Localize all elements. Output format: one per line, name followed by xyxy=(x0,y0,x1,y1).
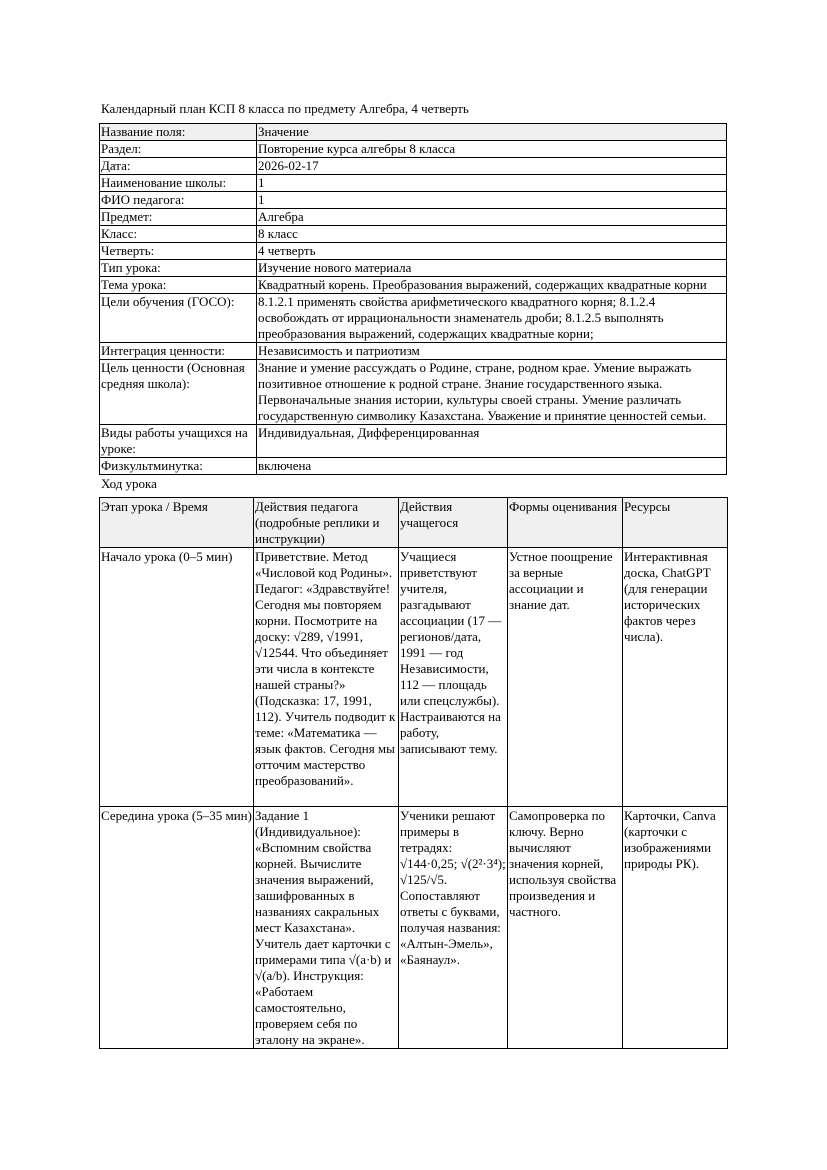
field-value: Индивидуальная, Дифференцированная xyxy=(257,425,727,458)
field-header: Название поля: xyxy=(100,124,257,141)
field-label: Дата: xyxy=(100,158,257,175)
field-label: Интеграция ценности: xyxy=(100,343,257,360)
field-value: Повторение курса алгебры 8 класса xyxy=(257,141,727,158)
field-value: Независимость и патриотизм xyxy=(257,343,727,360)
field-value: 2026-02-17 xyxy=(257,158,727,175)
info-table-header: Название поля: Значение xyxy=(100,124,727,141)
field-value: Изучение нового материала xyxy=(257,260,727,277)
info-row-value-integration: Интеграция ценности: Независимость и пат… xyxy=(100,343,727,360)
info-row-quarter: Четверть: 4 четверть xyxy=(100,243,727,260)
info-row-teacher: ФИО педагога: 1 xyxy=(100,192,727,209)
document-title: Календарный план КСП 8 класса по предмет… xyxy=(101,101,727,117)
assessment-cell: Устное поощрение за верные ассоциации и … xyxy=(508,548,623,807)
resources-cell: Интерактивная доска, ChatGPT (для генера… xyxy=(623,548,728,807)
field-label: Тема урока: xyxy=(100,277,257,294)
info-row-physical-break: Физкультминутка: включена xyxy=(100,458,727,475)
column-header-teacher: Действия педагога (подробные реплики и и… xyxy=(254,498,399,548)
info-row-grade: Класс: 8 класс xyxy=(100,226,727,243)
info-row-work-types: Виды работы учащихся на уроке: Индивидуа… xyxy=(100,425,727,458)
field-label: Цели обучения (ГОСО): xyxy=(100,294,257,343)
info-row-date: Дата: 2026-02-17 xyxy=(100,158,727,175)
teacher-actions-cell: Задание 1 (Индивидуальное): «Вспомним св… xyxy=(254,807,399,1049)
student-actions-cell: Ученики решают примеры в тетрадях: √144·… xyxy=(399,807,508,1049)
field-label: Предмет: xyxy=(100,209,257,226)
field-value: 1 xyxy=(257,175,727,192)
column-header-resources: Ресурсы xyxy=(623,498,728,548)
field-value: 4 четверть xyxy=(257,243,727,260)
assessment-cell: Самопроверка по ключу. Верно вычисляют з… xyxy=(508,807,623,1049)
info-row-objectives: Цели обучения (ГОСО): 8.1.2.1 применять … xyxy=(100,294,727,343)
info-table: Название поля: Значение Раздел: Повторен… xyxy=(99,123,727,475)
field-value: 8.1.2.1 применять свойства арифметическо… xyxy=(257,294,727,343)
column-header-stage: Этап урока / Время xyxy=(100,498,254,548)
field-label: Цель ценности (Основная средняя школа): xyxy=(100,360,257,425)
field-label: Класс: xyxy=(100,226,257,243)
field-value: Квадратный корень. Преобразования выраже… xyxy=(257,277,727,294)
field-value: включена xyxy=(257,458,727,475)
field-label: ФИО педагога: xyxy=(100,192,257,209)
document-page: Календарный план КСП 8 класса по предмет… xyxy=(99,101,727,1049)
field-label: Физкультминутка: xyxy=(100,458,257,475)
info-row-topic: Тема урока: Квадратный корень. Преобразо… xyxy=(100,277,727,294)
field-label: Наименование школы: xyxy=(100,175,257,192)
student-actions-cell: Учащиеся приветствуют учителя, разгадыва… xyxy=(399,548,508,807)
table-row: Середина урока (5–35 мин) Задание 1 (Инд… xyxy=(100,807,728,1049)
info-row-school: Наименование школы: 1 xyxy=(100,175,727,192)
resources-cell: Карточки, Canva (карточки с изображениям… xyxy=(623,807,728,1049)
field-value: Алгебра xyxy=(257,209,727,226)
field-value: 1 xyxy=(257,192,727,209)
info-row-section: Раздел: Повторение курса алгебры 8 класс… xyxy=(100,141,727,158)
value-header: Значение xyxy=(257,124,727,141)
table-row: Начало урока (0–5 мин) Приветствие. Мето… xyxy=(100,548,728,807)
field-value: 8 класс xyxy=(257,226,727,243)
field-label: Виды работы учащихся на уроке: xyxy=(100,425,257,458)
info-row-subject: Предмет: Алгебра xyxy=(100,209,727,226)
field-label: Тип урока: xyxy=(100,260,257,277)
column-header-assessment: Формы оценивания xyxy=(508,498,623,548)
stage-cell: Середина урока (5–35 мин) xyxy=(100,807,254,1049)
field-label: Четверть: xyxy=(100,243,257,260)
lesson-flow-title: Ход урока xyxy=(101,476,727,492)
lesson-flow-header: Этап урока / Время Действия педагога (по… xyxy=(100,498,728,548)
info-row-value-goal: Цель ценности (Основная средняя школа): … xyxy=(100,360,727,425)
lesson-flow-table: Этап урока / Время Действия педагога (по… xyxy=(99,497,728,1049)
field-label: Раздел: xyxy=(100,141,257,158)
info-row-lesson-type: Тип урока: Изучение нового материала xyxy=(100,260,727,277)
field-value: Знание и умение рассуждать о Родине, стр… xyxy=(257,360,727,425)
column-header-student: Действия учащегося xyxy=(399,498,508,548)
stage-cell: Начало урока (0–5 мин) xyxy=(100,548,254,807)
teacher-actions-cell: Приветствие. Метод «Числовой код Родины»… xyxy=(254,548,399,807)
